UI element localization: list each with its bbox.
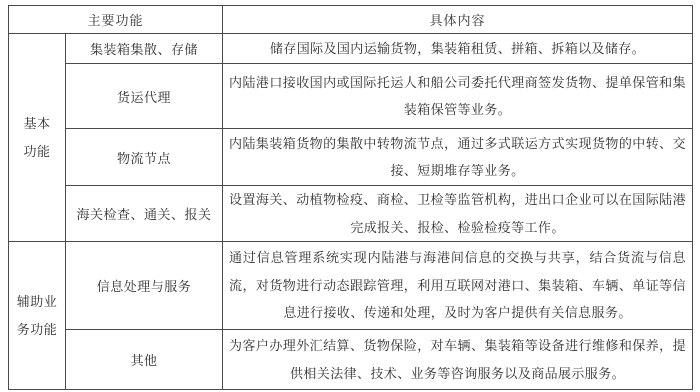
function-cell-customs-inspection: 海关检查、通关、报关 [66,186,223,242]
content-cell-logistics-node: 内陆集装箱货物的集散中转物流节点，通过多式联运方式实现货物的中转、交接、短期堆存… [223,129,693,186]
group-cell-basic-functions: 基本 功能 [9,34,66,242]
group-label-line: 辅助业 [9,288,65,316]
port-functions-table: 主要功能 具体内容 基本 功能 集装箱集散、存储 储存国际及国内运输货物，集装箱… [8,5,693,390]
content-cell-freight-agency: 内陆港口接收国内或国际托运人和船公司委托代理商签发货物、提单保管和集装箱保管等业… [223,64,693,129]
table-row: 其他 为客户办理外汇结算、货物保险，对车辆、集装箱等设备进行维修和保养，提供相关… [9,330,693,390]
document-page: 主要功能 具体内容 基本 功能 集装箱集散、存储 储存国际及国内运输货物，集装箱… [0,0,700,392]
table-header-row: 主要功能 具体内容 [9,6,693,34]
function-cell-freight-agency: 货运代理 [66,64,223,129]
function-cell-logistics-node: 物流节点 [66,129,223,186]
content-cell-information-services: 通过信息管理系统实现内陆港与海港间信息的交换与共享，结合货流与信息流，对货物进行… [223,242,693,330]
table-row: 海关检查、通关、报关 设置海关、动植物检疫、商检、卫检等监管机构，进出口企业可以… [9,186,693,242]
function-cell-container-storage: 集装箱集散、存储 [66,34,223,64]
table-row: 辅助业 务功能 信息处理与服务 通过信息管理系统实现内陆港与海港间信息的交换与共… [9,242,693,330]
table-row: 物流节点 内陆集装箱货物的集散中转物流节点，通过多式联运方式实现货物的中转、交接… [9,129,693,186]
table-row: 基本 功能 集装箱集散、存储 储存国际及国内运输货物，集装箱租赁、拼箱、拆箱以及… [9,34,693,64]
table-row: 货运代理 内陆港口接收国内或国际托运人和船公司委托代理商签发货物、提单保管和集装… [9,64,693,129]
content-cell-customs-inspection: 设置海关、动植物检疫、商检、卫检等监管机构，进出口企业可以在国际陆港完成报关、报… [223,186,693,242]
header-specific-content: 具体内容 [223,6,693,34]
group-label-line: 功能 [9,138,65,166]
function-cell-information-services: 信息处理与服务 [66,242,223,330]
content-cell-other: 为客户办理外汇结算、货物保险，对车辆、集装箱等设备进行维修和保养，提供相关法律、… [223,330,693,390]
content-cell-container-storage: 储存国际及国内运输货物，集装箱租赁、拼箱、拆箱以及储存。 [223,34,693,64]
header-main-functions: 主要功能 [9,6,223,34]
group-label-line: 基本 [9,110,65,138]
group-label-line: 务功能 [9,316,65,344]
function-cell-other: 其他 [66,330,223,390]
group-cell-auxiliary-functions: 辅助业 务功能 [9,242,66,390]
